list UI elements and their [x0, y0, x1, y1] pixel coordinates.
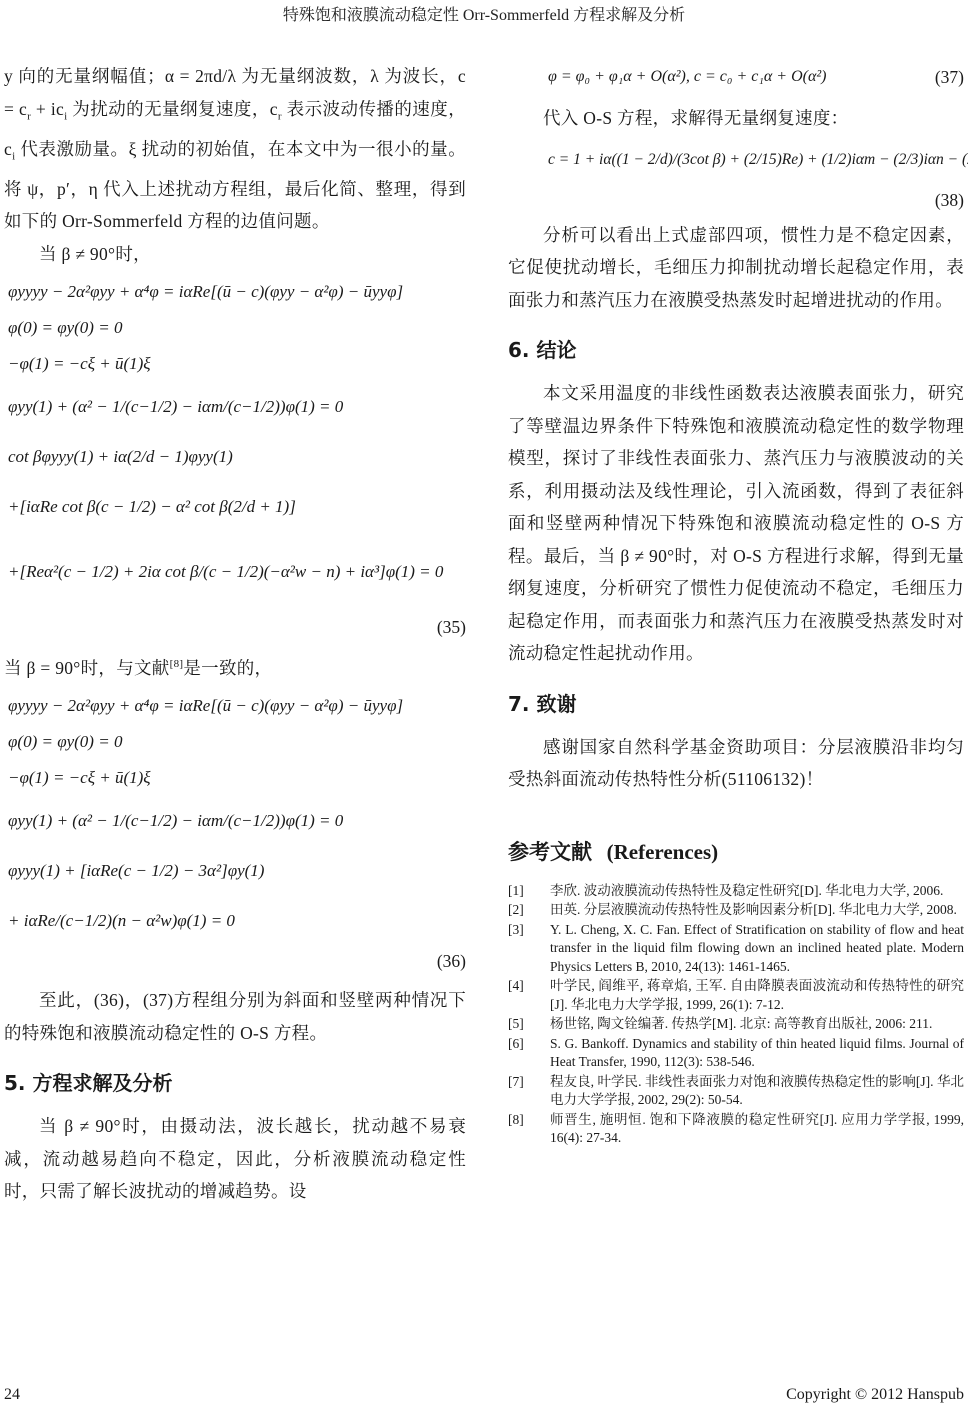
eq37-number: (37)	[935, 62, 964, 92]
eq35-line-3: −φ(1) = −cξ + ū(1)ξ	[8, 346, 466, 382]
conclusion-paragraph: 本文采用温度的非线性函数表达液膜表面张力，研究了等壁温边界条件下特殊饱和液膜流动…	[508, 377, 964, 670]
eq36-line-3: −φ(1) = −cξ + ū(1)ξ	[8, 760, 466, 796]
eq35-line-7: +[Reα²(c − 1/2) + 2iα cot β/(c − 1/2)(−α…	[8, 532, 466, 612]
eq36-line-5: φyyy(1) + [iαRe(c − 1/2) − 3α²]φy(1)	[8, 846, 466, 896]
section-5-heading: 5. 方程求解及分析	[4, 1067, 466, 1096]
reference-item: [6]S. G. Bankoff. Dynamics and stability…	[508, 1035, 964, 1072]
section-7-heading: 7. 致谢	[508, 688, 964, 717]
reference-item: [1]李欣. 波动液膜流动传热特性及稳定性研究[D]. 华北电力大学, 2006…	[508, 882, 964, 901]
eq38-number: (38)	[512, 185, 964, 215]
reference-item: [5]杨世铭, 陶文铨编著. 传热学[M]. 北京: 高等教育出版社, 2006…	[508, 1015, 964, 1034]
case-not-90-label: 当 β ≠ 90°时，	[4, 238, 466, 271]
equation-36: φyyyy − 2α²φyy + α⁴φ = iαRe[(ū − c)(φyy …	[4, 688, 466, 976]
equation-38: c = 1 + iα((1 − 2/d)/(3cot β) + (2/15)Re…	[508, 135, 964, 215]
citation-8[interactable]: [8]	[170, 658, 184, 670]
eq35-line-6: +[iαRe cot β(c − 1/2) − α² cot β(2/d + 1…	[8, 482, 466, 532]
reference-item: [4]叶学民, 阎维平, 蒋章焰, 王军. 自由降膜表面波流动和传热特性的研究[…	[508, 977, 964, 1014]
eq35-number: (35)	[8, 612, 466, 642]
eq36-line-4: φyy(1) + (α² − 1/(c−1/2) − iαm/(c−1/2))φ…	[8, 796, 466, 846]
analysis-paragraph: 分析可以看出上式虚部四项，惯性力是不稳定因素，它促使扰动增长，毛细压力抑制扰动增…	[508, 219, 964, 317]
references-heading: 参考文献 (References)	[508, 836, 964, 866]
reference-item: [2]田英. 分层液膜流动传热特性及影响因素分析[D]. 华北电力大学, 200…	[508, 901, 964, 920]
eq38-text: c = 1 + iα((1 − 2/d)/(3cot β) + (2/15)Re…	[512, 135, 964, 185]
right-column: φ = φ₀ + φ₁α + O(α²), c = c₀ + c₁α + O(α…	[508, 60, 964, 1149]
eq35-line-1: φyyyy − 2α²φyy + α⁴φ = iαRe[(ū − c)(φyy …	[8, 274, 466, 310]
equation-35: φyyyy − 2α²φyy + α⁴φ = iαRe[(ū − c)(φyy …	[4, 274, 466, 642]
eq36-line-6: + iαRe/(c−1/2)(n − α²w)φ(1) = 0	[8, 896, 466, 946]
running-header: 特殊饱和液膜流动稳定性 Orr-Sommerfeld 方程求解及分析	[0, 2, 968, 25]
eq35-line-4: φyy(1) + (α² − 1/(c−1/2) − iαm/(c−1/2))φ…	[8, 382, 466, 432]
reference-item: [8]师晋生, 施明恒. 饱和下降液膜的稳定性研究[J]. 应用力学学报, 19…	[508, 1111, 964, 1148]
reference-item: [7]程友良, 叶学民. 非线性表面张力对饱和液膜传热稳定性的影响[J]. 华北…	[508, 1073, 964, 1110]
section-5-paragraph: 当 β ≠ 90°时，由摄动法，波长越长，扰动越不易衰减，流动越易趋向不稳定，因…	[4, 1110, 466, 1208]
substitute-text: 代入 O-S 方程，求解得无量纲复速度：	[508, 102, 964, 135]
reference-list: [1]李欣. 波动液膜流动传热特性及稳定性研究[D]. 华北电力大学, 2006…	[508, 882, 964, 1148]
eq35-line-5: cot βφyyy(1) + iα(2/d − 1)φyy(1)	[8, 432, 466, 482]
reference-item: [3]Y. L. Cheng, X. C. Fan. Effect of Str…	[508, 921, 964, 977]
eq36-line-1: φyyyy − 2α²φyy + α⁴φ = iαRe[(ū − c)(φyy …	[8, 688, 466, 724]
section-6-heading: 6. 结论	[508, 334, 964, 363]
page-number: 24	[4, 1386, 20, 1404]
case-90-label: 当 β = 90°时，与文献[8]是一致的，	[4, 648, 466, 684]
summary-paragraph: 至此，(36)，(37)方程组分别为斜面和竖壁两种情况下的特殊饱和液膜流动稳定性…	[4, 984, 466, 1049]
intro-paragraph: y 向的无量纲幅值；α = 2πd/λ 为无量纲波数，λ 为波长，c = cr …	[4, 60, 466, 238]
copyright-notice: Copyright © 2012 Hanspub	[786, 1386, 964, 1404]
eq35-line-2: φ(0) = φy(0) = 0	[8, 310, 466, 346]
eq37-text: φ = φ₀ + φ₁α + O(α²), c = c₀ + c₁α + O(α…	[508, 68, 827, 86]
left-column: y 向的无量纲幅值；α = 2πd/λ 为无量纲波数，λ 为波长，c = cr …	[4, 60, 466, 1208]
eq36-number: (36)	[8, 946, 466, 976]
equation-37: φ = φ₀ + φ₁α + O(α²), c = c₀ + c₁α + O(α…	[508, 60, 964, 94]
eq36-line-2: φ(0) = φy(0) = 0	[8, 724, 466, 760]
acknowledgement-paragraph: 感谢国家自然科学基金资助项目：分层液膜沿非均匀受热斜面流动传热特性分析(5110…	[508, 731, 964, 796]
